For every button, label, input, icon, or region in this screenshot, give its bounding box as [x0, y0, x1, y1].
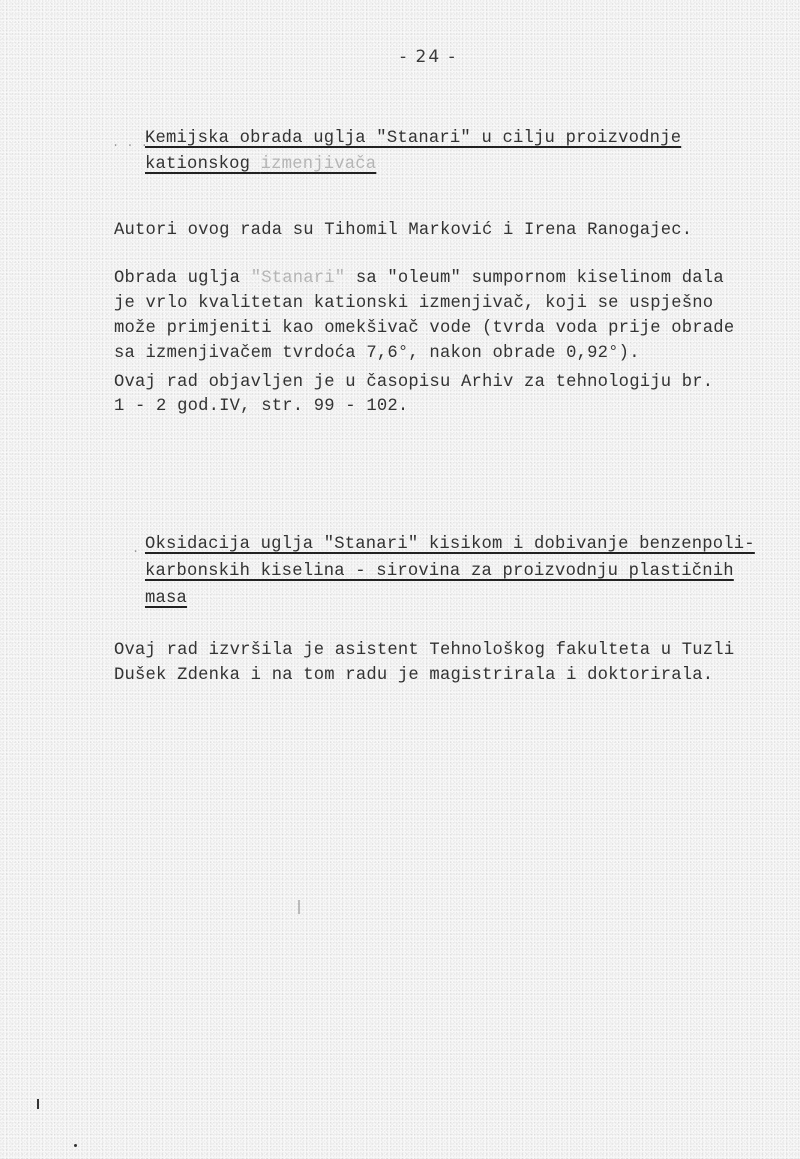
- leader-dots: . . .: [112, 136, 148, 150]
- body-line: je vrlo kvalitetan kationski izmenjivač,…: [114, 295, 713, 312]
- page-number: - 24 -: [400, 47, 457, 67]
- scan-speck: [298, 900, 300, 914]
- section-heading-line: masa: [145, 590, 187, 607]
- leader-dots: .: [132, 542, 139, 556]
- publication-line: Ovaj rad objavljen je u časopisu Arhiv z…: [114, 374, 713, 391]
- heading-text: kationskog: [145, 155, 261, 174]
- section-heading-line: Kemijska obrada uglja "Stanari" u cilju …: [145, 130, 681, 147]
- body-line: može primjeniti kao omekšivač vode (tvrd…: [114, 320, 734, 337]
- scan-speck: [74, 1144, 77, 1147]
- authors-paragraph: Autori ovog rada su Tihomil Marković i I…: [114, 222, 692, 239]
- body-text: sa "oleum" sumpornom kiselinom dala: [345, 269, 724, 288]
- body-line: Ovaj rad izvršila je asistent Tehnološko…: [114, 642, 734, 659]
- body-line: Dušek Zdenka i na tom radu je magistrira…: [114, 667, 713, 684]
- body-line: Obrada uglja "Stanari" sa "oleum" sumpor…: [114, 270, 724, 287]
- body-line: sa izmenjivačem tvrdoća 7,6°, nakon obra…: [114, 345, 640, 362]
- body-text: Obrada uglja: [114, 269, 251, 288]
- document-page: - 24 - . . . Kemijska obrada uglja "Stan…: [0, 0, 800, 1159]
- section-heading-line: kationskog izmenjivača: [145, 156, 376, 173]
- section-heading-line: karbonskih kiselina - sirovina za proizv…: [145, 563, 734, 580]
- faded-heading-text: izmenjivača: [261, 155, 377, 174]
- publication-line: 1 - 2 god.IV, str. 99 - 102.: [114, 398, 408, 415]
- faded-text: "Stanari": [251, 269, 346, 288]
- section-heading-line: Oksidacija uglja "Stanari" kisikom i dob…: [145, 536, 755, 553]
- scan-speck: [37, 1099, 39, 1109]
